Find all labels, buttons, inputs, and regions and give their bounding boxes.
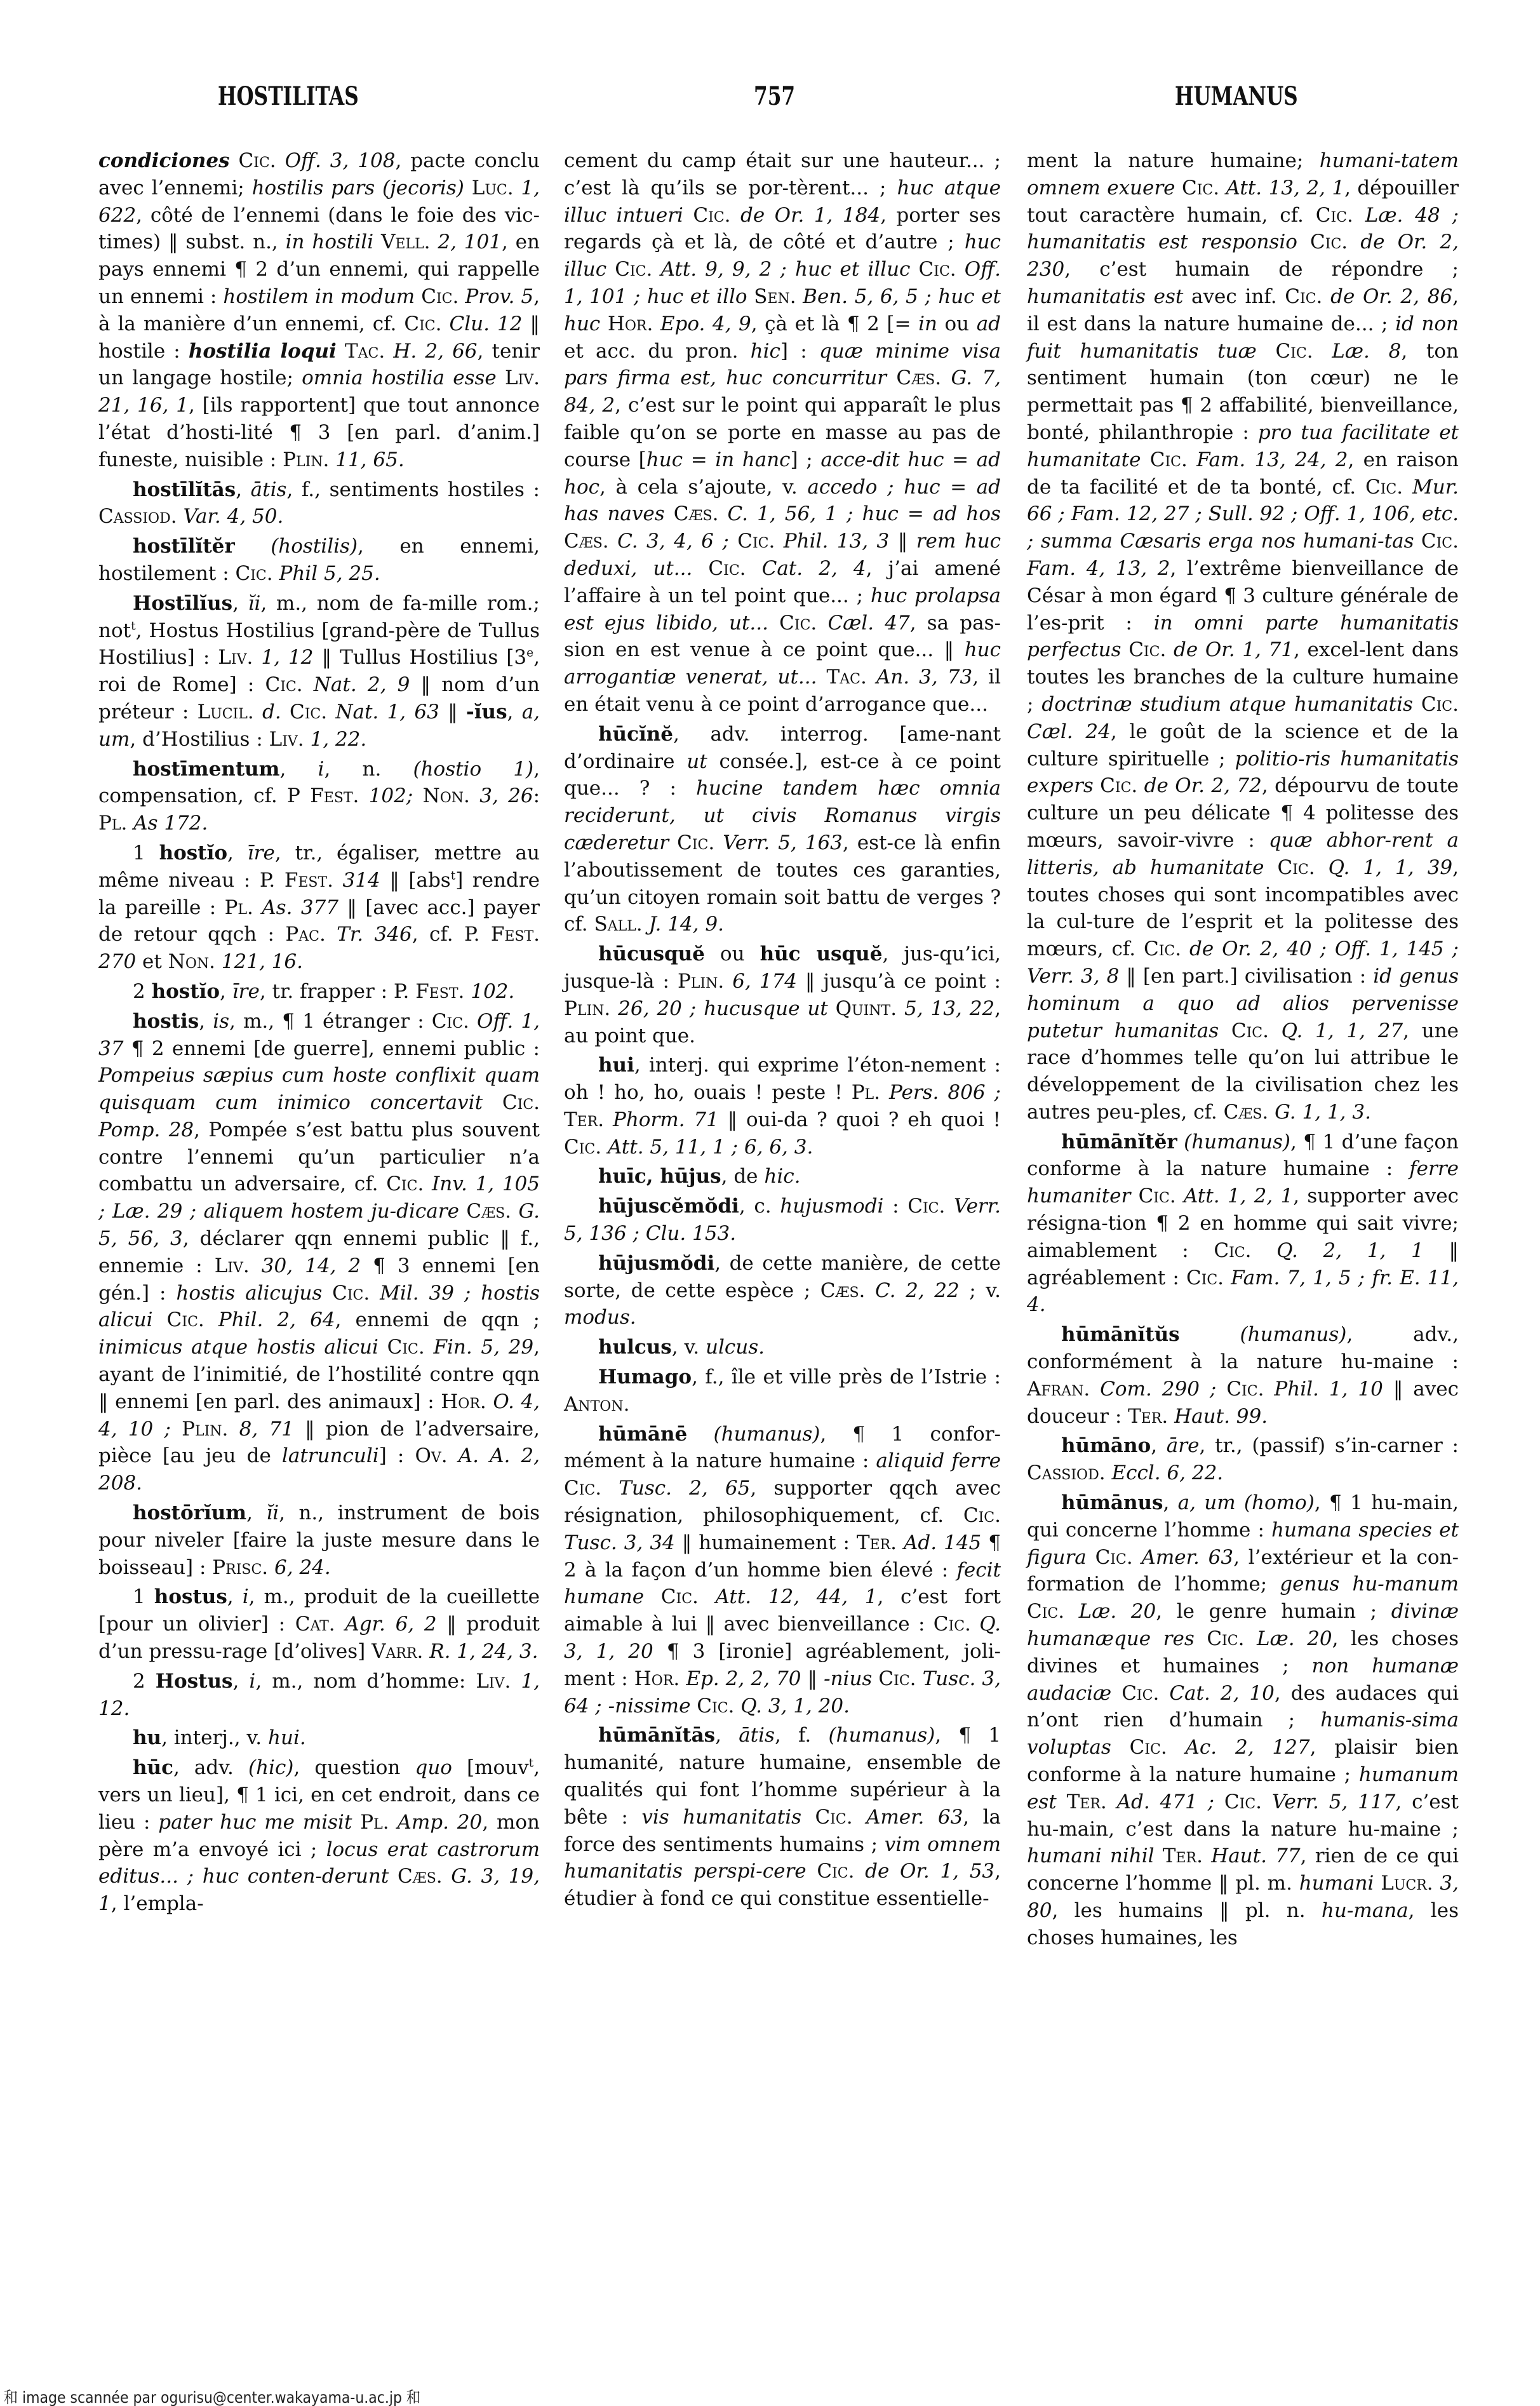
headword: hūmānus	[1061, 1491, 1163, 1514]
headword: Hostus	[156, 1670, 233, 1693]
headword: hūmāno	[1061, 1434, 1151, 1457]
headword: Hostīlĭus	[133, 592, 232, 615]
headword: hostĭo	[159, 842, 227, 864]
dictionary-entry: Hostīlĭus, ĭi, m., nom de fa-mille rom.;…	[98, 590, 540, 753]
dictionary-entry: 2 hostĭo, īre, tr. frapper : P. Fest. 10…	[98, 978, 540, 1005]
dictionary-entry: hūmānĭtŭs (humanus), adv., conformément …	[1027, 1321, 1459, 1430]
dictionary-entry: hūmānĭtĕr (humanus), ¶ 1 d’une façon con…	[1027, 1129, 1459, 1319]
headword: hūmānĭtŭs	[1061, 1323, 1180, 1346]
dictionary-body: condiciones Cic. Off. 3, 108, pacte conc…	[0, 147, 1540, 2332]
headword: hostis	[133, 1010, 199, 1033]
headword: hostīlĭtĕr	[133, 535, 235, 558]
dictionary-entry: hūcĭnĕ, adv. interrog. [ame-nant d’ordin…	[564, 721, 1001, 938]
entry-continuation: condiciones Cic. Off. 3, 108, pacte conc…	[98, 147, 540, 474]
dictionary-entry: hūc, adv. (hic), question quo [mouvt, ve…	[98, 1754, 540, 1918]
dictionary-entry: hūmāno, āre, tr., (passif) s’in-carner :…	[1027, 1432, 1459, 1487]
dictionary-entry: hostōrĭum, ĭi, n., instrument de bois po…	[98, 1500, 540, 1581]
running-header: HOSTILITAS 757 HUMANUS	[0, 81, 1540, 119]
headword: hu	[133, 1726, 161, 1749]
dictionary-entry: hu, interj., v. hui.	[98, 1724, 540, 1752]
dictionary-entry: hūmānĭtās, ātis, f. (humanus), ¶ 1 human…	[564, 1722, 1001, 1912]
dictionary-entry: huīc, hūjus, de hic.	[564, 1163, 1001, 1190]
headword: hostīlĭtās	[133, 478, 236, 501]
dictionary-entry: hūjusmŏdi, de cette manière, de cette so…	[564, 1250, 1001, 1331]
dictionary-entry: hostīlĭtās, ātis, f., sentiments hostile…	[98, 476, 540, 531]
right-guide-word: HUMANUS	[1175, 81, 1298, 111]
headword: hūmānĭtĕr	[1061, 1131, 1177, 1153]
headword: hūmānē	[598, 1423, 687, 1446]
headword: Humago	[598, 1366, 692, 1388]
headword: huīc, hūjus	[598, 1165, 721, 1188]
headword: hostōrĭum	[133, 1502, 246, 1524]
dictionary-entry: hostīmentum, i, n. (hostio 1), compensat…	[98, 756, 540, 837]
page-number: 757	[754, 81, 795, 111]
dictionary-entry: hui, interj. qui exprime l’éton-nement :…	[564, 1052, 1001, 1160]
headword: hulcus	[598, 1336, 672, 1359]
dictionary-entry: hūcusquĕ ou hūc usquĕ, jus-qu’ici, jusqu…	[564, 941, 1001, 1049]
dictionary-entry: hūmānē (humanus), ¶ 1 confor-mément à la…	[564, 1421, 1001, 1720]
dictionary-entry: hūmānus, a, um (homo), ¶ 1 hu-main, qui …	[1027, 1489, 1459, 1952]
dictionary-entry: 1 hostus, i, m., produit de la cueillett…	[98, 1583, 540, 1665]
headword: hostīmentum	[133, 758, 280, 781]
headword: hostĭo	[152, 980, 220, 1003]
scan-credit: 和 image scannée par ogurisu@center.wakay…	[4, 2385, 420, 2406]
headword: hūjusmŏdi	[598, 1252, 714, 1275]
column-right: ment la nature humaine; humani-tatem omn…	[1027, 147, 1459, 1954]
dictionary-entry: Humago, f., île et ville près de l’Istri…	[564, 1364, 1001, 1418]
headword: hostus	[154, 1585, 227, 1608]
entry-continuation: ment la nature humaine; humani-tatem omn…	[1027, 147, 1459, 1126]
entry-continuation: cement du camp était sur une hauteur... …	[564, 147, 1001, 718]
dictionary-entry: hostīlĭtĕr (hostilis), en ennemi, hostil…	[98, 533, 540, 588]
headword: hūmānĭtās	[598, 1724, 715, 1747]
headword: hūjuscĕmŏdi	[598, 1195, 739, 1218]
dictionary-entry: hūjuscĕmŏdi, c. hujusmodi : Cic. Verr. 5…	[564, 1193, 1001, 1247]
dictionary-entry: 1 hostĭo, īre, tr., égaliser, mettre au …	[98, 840, 540, 976]
column-left: condiciones Cic. Off. 3, 108, pacte conc…	[98, 147, 540, 1920]
dictionary-entry: hostis, is, m., ¶ 1 étranger : Cic. Off.…	[98, 1008, 540, 1497]
headword: hui	[598, 1054, 634, 1077]
column-middle: cement du camp était sur une hauteur... …	[564, 147, 1001, 1915]
headword: hūc	[133, 1756, 173, 1779]
headword: hūcusquĕ	[598, 943, 705, 965]
left-guide-word: HOSTILITAS	[218, 81, 359, 111]
dictionary-entry: 2 Hostus, i, m., nom d’homme: Liv. 1, 12…	[98, 1668, 540, 1723]
headword: hūcĭnĕ	[598, 723, 673, 746]
dictionary-entry: hulcus, v. ulcus.	[564, 1334, 1001, 1361]
